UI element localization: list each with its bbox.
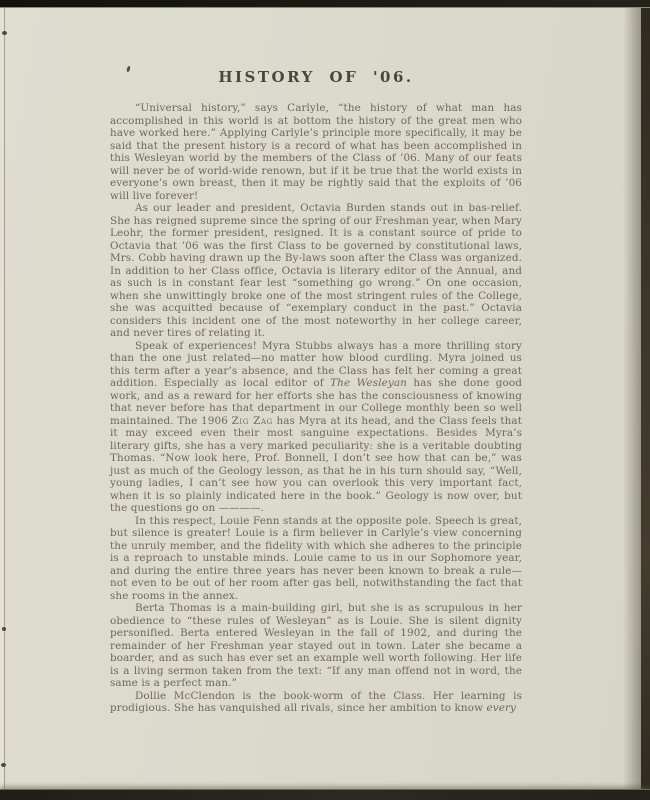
paragraph: As our leader and president, Octavia Bur…: [110, 202, 522, 340]
scan-edge-bottom: [0, 789, 650, 800]
binding-edge-right: [641, 0, 650, 800]
text-segment-italic: The Wesleyan: [330, 377, 407, 389]
text-segment-normal: As our leader and president, Octavia Bur…: [110, 202, 522, 339]
page-body: “Universal history,” says Carlyle, “the …: [110, 102, 522, 715]
text-segment-normal: In this respect, Louie Fenn stands at th…: [110, 515, 522, 602]
page-content: HISTORY OF '06. “Universal history,” say…: [110, 68, 522, 715]
page-title: HISTORY OF '06.: [110, 68, 522, 86]
paragraph: “Universal history,” says Carlyle, “the …: [110, 102, 522, 202]
text-segment-smallcaps: Zig Zag: [232, 415, 273, 427]
text-segment-normal: Dollie McClendon is the book-worm of the…: [110, 690, 522, 715]
scan-speck: [2, 31, 7, 35]
scanned-page: HISTORY OF '06. “Universal history,” say…: [0, 0, 650, 800]
scan-speck: [2, 627, 6, 631]
page-fold-line: [4, 7, 5, 793]
text-segment-normal: “Universal history,” says Carlyle, “the …: [110, 102, 522, 202]
paragraph: In this respect, Louie Fenn stands at th…: [110, 515, 522, 603]
paragraph: Berta Thomas is a main-building girl, bu…: [110, 602, 522, 690]
scan-edge-top: [0, 0, 650, 8]
text-segment-normal: has Myra at its head, and the Class feel…: [110, 415, 522, 515]
text-segment-italic: every: [486, 702, 516, 714]
paragraph: Speak of experiences! Myra Stubbs always…: [110, 340, 522, 515]
paragraph: Dollie McClendon is the book-worm of the…: [110, 690, 522, 715]
text-segment-normal: Berta Thomas is a main-building girl, bu…: [110, 602, 522, 689]
scan-speck: [1, 763, 6, 767]
page-edge-shadow: [623, 0, 641, 800]
